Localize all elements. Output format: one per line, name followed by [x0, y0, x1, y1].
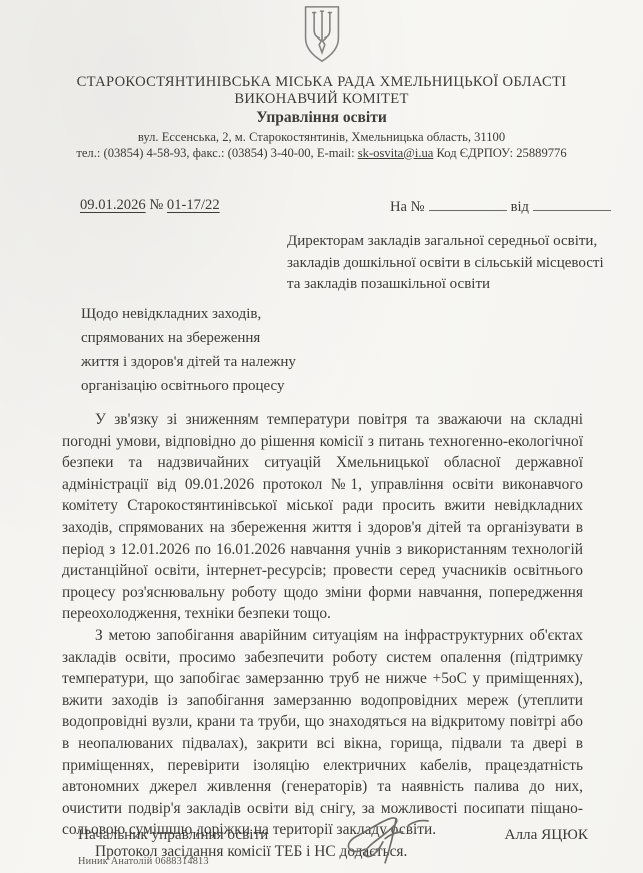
email-address: sk-osvita@i.ua	[358, 146, 434, 160]
letter-body: У зв'язку зі зниженням температури повіт…	[62, 409, 583, 862]
edrpou-code: Код ЄДРПОУ: 25889776	[433, 146, 566, 160]
number-sign: №	[149, 197, 163, 213]
letterhead: СТАРОКОСТЯНТИНІВСЬКА МІСЬКА РАДА ХМЕЛЬНИ…	[0, 74, 643, 160]
body-paragraph: З метою запобігання аварійним ситуаціям …	[62, 625, 583, 841]
subject-line: спрямованих на збереження	[81, 326, 381, 350]
subject-line: життя і здоров'я дітей та належну	[81, 350, 381, 374]
addressee-line: Директорам закладів загальної середньої …	[287, 231, 632, 253]
signer-name: Алла ЯЦЮК	[504, 826, 588, 844]
incoming-number-label: На №	[390, 199, 425, 215]
addressee-block: Директорам закладів загальної середньої …	[287, 231, 632, 296]
incoming-reference: На №від	[390, 197, 615, 216]
letter-number: 01-17/22	[167, 197, 220, 213]
body-paragraph: У зв'язку зі зниженням температури повіт…	[62, 409, 583, 625]
contacts-line: тел.: (03854) 4-58-93, факс.: (03854) 3-…	[0, 146, 643, 161]
addressee-line: та закладів позашкільної освіти	[287, 274, 632, 296]
tryzub-emblem-icon	[299, 4, 345, 64]
subject-line: Щодо невідкладних заходів,	[81, 302, 381, 326]
handwritten-signature-icon	[340, 810, 450, 865]
postal-address: вул. Ессенська, 2, м. Старокостянтинів, …	[0, 130, 643, 145]
outgoing-reference: 09.01.2026 № 01-17/22	[80, 197, 220, 214]
phone-fax-label: тел.: (03854) 4-58-93, факс.: (03854) 3-…	[76, 146, 357, 160]
addressee-line: закладів дошкільної освіти в сільській м…	[287, 253, 632, 275]
letter-date: 09.01.2026	[80, 197, 146, 213]
subject-line: організацію освітнього процесу	[81, 374, 381, 398]
subject-block: Щодо невідкладних заходів, спрямованих н…	[81, 302, 381, 398]
scanned-letter-page: СТАРОКОСТЯНТИНІВСЬКА МІСЬКА РАДА ХМЕЛЬНИ…	[0, 0, 643, 873]
committee-name: ВИКОНАВЧИЙ КОМІТЕТ	[0, 91, 643, 108]
department-name: Управління освіти	[0, 109, 643, 127]
incoming-date-label: від	[511, 199, 529, 215]
incoming-date-blank	[533, 197, 611, 211]
executor-contact: Ниник Анатолій 0688314813	[78, 856, 209, 867]
incoming-number-blank	[429, 197, 507, 211]
organization-name: СТАРОКОСТЯНТИНІВСЬКА МІСЬКА РАДА ХМЕЛЬНИ…	[0, 74, 643, 91]
signer-position: Начальник управління освіти	[78, 826, 268, 844]
